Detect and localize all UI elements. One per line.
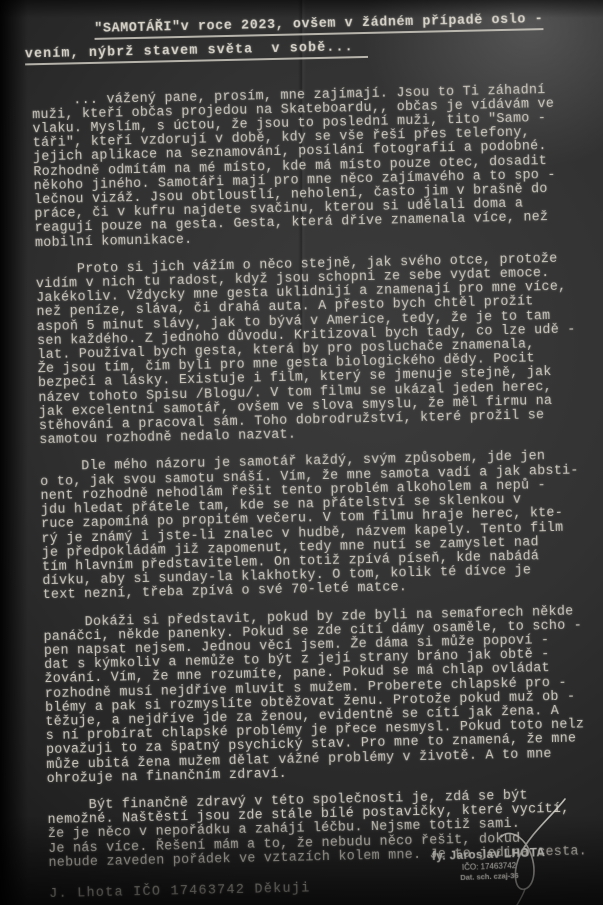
paragraph-2: Proto si jich vážím o něco stejně, jak s… [35,252,600,449]
letter-body: "SAMOTÁŘI"v roce 2023, ovšem v žádném př… [30,4,603,902]
photo-vignette-left [0,0,28,905]
letter-title-line1: "SAMOTÁŘI"v roce 2023, ovšem v žádném př… [94,13,543,40]
paragraph-4: Dokáži si představit, pokud by zde byli … [43,604,603,787]
letter-title: "SAMOTÁŘI"v roce 2023, ovšem v žádném př… [30,12,592,80]
photo-of-typewritten-letter: "SAMOTÁŘI"v roce 2023, ovšem v žádném př… [0,0,603,905]
paragraph-1: ... vážený pane, prosím, mne zajímají. J… [32,83,596,251]
company-stamp: fy. Jaroslav LHOTA IČO: 17463742 Dat. sc… [408,846,569,884]
paragraph-3: Dle mého názoru je samotář každý, svým z… [40,449,603,603]
letter-title-line2: vením, nýbrž stavem světa v sobě... [25,41,368,66]
